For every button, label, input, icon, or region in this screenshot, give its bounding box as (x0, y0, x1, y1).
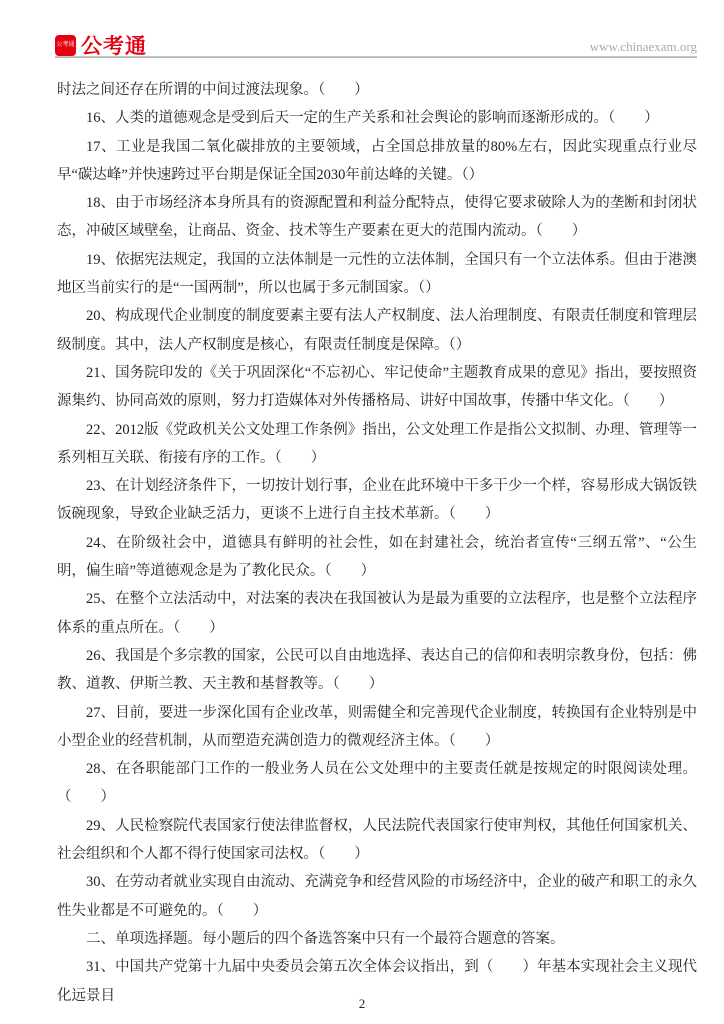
question-paragraph: 二、单项选择题。每小题后的四个备选答案中只有一个最符合题意的答案。 (57, 925, 697, 953)
page-footer: 2 (0, 996, 724, 1012)
exam-document-page: 公考通 公考通 www.chinaexam.org 时法之间还存在所谓的中间过渡… (0, 0, 724, 1024)
question-paragraph: 17、工业是我国二氧化碳排放的主要领域，占全国总排放量的80%左右，因此实现重点… (57, 133, 697, 190)
question-paragraph: 20、构成现代企业制度的制度要素主要有法人产权制度、法人治理制度、有限责任制度和… (57, 302, 697, 359)
question-paragraph: 26、我国是个多宗教的国家，公民可以自由地选择、表达自己的信仰和表明宗教身份，包… (57, 642, 697, 699)
question-paragraph: 29、人民检察院代表国家行使法律监督权，人民法院代表国家行使审判权，其他任何国家… (57, 812, 697, 869)
question-paragraph: 19、依据宪法规定，我国的立法体制是一元性的立法体制，全国只有一个立法体系。但由… (57, 246, 697, 303)
question-list: 时法之间还存在所谓的中间过渡法现象。（ ）16、人类的道德观念是受到后天一定的生… (57, 76, 697, 1010)
question-paragraph: 18、由于市场经济本身所具有的资源配置和利益分配特点，使得它要求破除人为的垄断和… (57, 189, 697, 246)
question-paragraph: 25、在整个立法活动中，对法案的表决在我国被认为是最为重要的立法程序，也是整个立… (57, 585, 697, 642)
question-paragraph: 28、在各职能部门工作的一般业务人员在公文处理中的主要责任就是按规定的时限阅读处… (57, 755, 697, 812)
question-paragraph: 24、在阶级社会中，道德具有鲜明的社会性，如在封建社会，统治者宣传“三纲五常”、… (57, 529, 697, 586)
question-paragraph: 27、目前，要进一步深化国有企业改革，则需健全和完善现代企业制度，转换国有企业特… (57, 699, 697, 756)
website-url: www.chinaexam.org (590, 39, 697, 55)
question-paragraph: 30、在劳动者就业实现自由流动、充满竞争和经营风险的市场经济中，企业的破产和职工… (57, 868, 697, 925)
question-paragraph: 21、国务院印发的《关于巩固深化“不忘初心、牢记使命”主题教育成果的意见》指出，… (57, 359, 697, 416)
question-paragraph: 16、人类的道德观念是受到后天一定的生产关系和社会舆论的影响而逐渐形成的。（ ） (57, 104, 697, 132)
page-number: 2 (359, 996, 366, 1011)
header-divider (55, 56, 697, 58)
gongkaotong-logo-icon: 公考通 (55, 35, 76, 56)
question-paragraph: 时法之间还存在所谓的中间过渡法现象。（ ） (57, 76, 697, 104)
question-paragraph: 22、2012版《党政机关公文处理工作条例》指出，公文处理工作是指公文拟制、办理… (57, 416, 697, 473)
question-paragraph: 23、在计划经济条件下，一切按计划行事，企业在此环境中干多干少一个样，容易形成大… (57, 472, 697, 529)
